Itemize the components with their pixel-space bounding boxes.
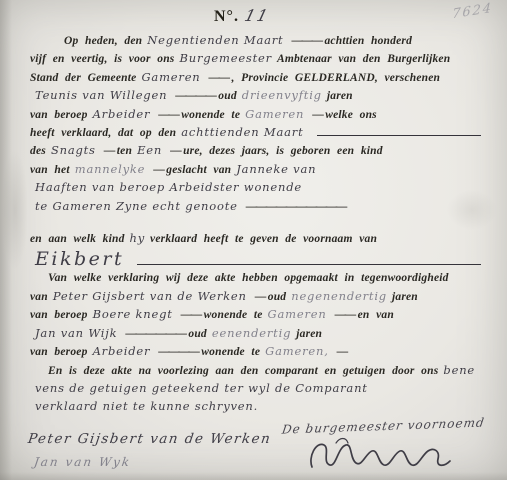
printed-text: — xyxy=(153,164,163,176)
declarant-name: Teunis van Willegen xyxy=(35,88,167,102)
printed-text: oud xyxy=(188,328,207,340)
mother-residence: te Gameren Zyne echt genoote xyxy=(35,199,238,213)
municipality: Gameren xyxy=(141,70,200,84)
printed-text: Van welke verklaring wij deze akte hebbe… xyxy=(48,272,449,284)
witness2-residence: Gameren, xyxy=(265,344,329,358)
declarant-age: drieenvyftig xyxy=(242,88,322,102)
act-line: en aan welk kindhyverklaard heeft te gev… xyxy=(30,230,483,248)
printed-text: van beroep xyxy=(30,309,88,321)
declarant-occupation: Arbeider xyxy=(93,107,151,121)
witness1-residence: Gameren xyxy=(268,307,327,321)
pencil-annotation: 7624 xyxy=(452,1,493,23)
mother-name-part1: Janneke van xyxy=(236,162,316,176)
printed-text: — xyxy=(170,145,180,157)
printed-text: Op heden, den xyxy=(64,35,142,47)
act-line: En is deze akte na voorlezing aan den co… xyxy=(30,362,483,380)
witness1-occupation: Boere knegt xyxy=(93,307,173,321)
paper-stain xyxy=(447,190,497,230)
declarant-residence: Gameren xyxy=(245,107,304,121)
act-number-label: N°. xyxy=(214,8,239,25)
act-line: van beroepArbeider————wonende teGameren,… xyxy=(30,343,483,361)
official-title: Burgemeester xyxy=(179,51,271,65)
witness2-name: Jan van Wijk xyxy=(35,326,117,340)
act-line: van beroepArbeider——wonende teGameren—we… xyxy=(30,106,483,124)
act-line: verklaard niet te kunne schryven. xyxy=(30,398,483,416)
printed-text: — xyxy=(104,145,114,157)
printed-text: heeft verklaard, dat op den xyxy=(30,125,176,142)
printed-text: achttien honderd xyxy=(324,35,412,47)
printed-text: oud xyxy=(218,90,237,102)
printed-text: jaren xyxy=(296,328,322,340)
signature-witness2: Jan van Wyk xyxy=(33,455,283,469)
act-line: te Gameren Zyne echt genoote—————————— xyxy=(30,198,483,216)
birth-certificate-scan: N°.11 7624 Op heden, denNegentienden Maa… xyxy=(0,0,507,480)
act-number-value: 11 xyxy=(243,6,272,25)
printed-text: jaren xyxy=(392,291,418,303)
witness1-name: Peter Gijsbert van de Werken xyxy=(53,289,247,303)
printed-text: vijf en veertig, is voor ons xyxy=(30,53,174,65)
printed-text: ——— xyxy=(291,35,321,47)
printed-text: —————————— xyxy=(246,201,346,213)
printed-text: van beroep xyxy=(30,109,88,121)
closing-handwritten: vens de getuigen geteekend ter wyl de Co… xyxy=(35,381,368,395)
child-gender: mannelyke xyxy=(75,162,146,176)
witness2-age: eenendertig xyxy=(212,326,291,340)
witness2-occupation: Arbeider xyxy=(93,344,151,358)
printed-text: wonende te xyxy=(204,309,263,321)
printed-text: jaren xyxy=(327,90,353,102)
printed-text: — xyxy=(337,346,347,358)
printed-text: wonende te xyxy=(201,346,260,358)
birth-date: achttienden Maart xyxy=(181,124,303,141)
printed-text: — xyxy=(255,291,265,303)
printed-text: — xyxy=(312,109,322,121)
witness1-age: negenendertig xyxy=(291,289,387,303)
signature-witness1: Peter Gijsbert van de Werken xyxy=(27,431,283,447)
printed-text: welke ons xyxy=(325,109,377,121)
act-line: van hetmannelyke—geslacht vanJanneke van xyxy=(30,161,483,179)
act-line: vens de getuigen geteekend ter wyl de Co… xyxy=(30,380,483,398)
mother-details: Haaften van beroep Arbeidster wonende xyxy=(35,180,302,194)
printed-text: wonende te xyxy=(181,109,240,121)
act-line: desSnagts—tenEen—ure, dezes jaars, is ge… xyxy=(30,142,483,160)
act-line: Eikbert xyxy=(30,248,483,270)
birth-hour: Een xyxy=(137,143,162,157)
printed-text: —— xyxy=(209,72,229,84)
printed-text: ure, dezes jaars, is geboren een kind xyxy=(183,145,383,157)
filled-rule-line xyxy=(137,263,481,265)
printed-text: van beroep xyxy=(30,346,88,358)
printed-text: Stand der Gemeente xyxy=(30,72,136,84)
printed-text: Ambtenaar van den Burgerlijken xyxy=(277,53,450,65)
closing-handwritten: bene xyxy=(443,363,475,377)
act-header: N°.11 7624 xyxy=(0,4,507,30)
printed-text: van xyxy=(30,291,48,303)
closing-handwritten: verklaard niet te kunne schryven. xyxy=(35,399,258,413)
act-line: Stand der GemeenteGameren——, Provincie G… xyxy=(30,69,483,87)
child-name: Eikbert xyxy=(35,248,124,270)
signature-block: Peter Gijsbert van de Werken Jan van Wyk… xyxy=(0,417,507,479)
printed-text: des xyxy=(30,145,46,157)
printed-text: ———— xyxy=(158,346,198,358)
printed-text: —— xyxy=(335,309,355,321)
printed-text: —— xyxy=(181,309,201,321)
pronoun: hy xyxy=(130,231,146,245)
act-number: N°.11 xyxy=(214,6,269,26)
paper-stain xyxy=(2,150,28,270)
act-body: Op heden, denNegentienden Maart———achtti… xyxy=(0,30,507,417)
printed-text: ———— xyxy=(175,90,215,102)
act-date: Negentienden Maart xyxy=(147,33,283,47)
act-line: heeft verklaard, dat op denachttienden M… xyxy=(30,124,483,142)
printed-text: oud xyxy=(268,291,287,303)
printed-text: En is deze akte na voorlezing aan den co… xyxy=(48,365,438,377)
printed-text: , Provincie GELDERLAND, verschenen xyxy=(232,72,441,84)
printed-text: en aan welk kind xyxy=(30,233,125,245)
printed-text: —— xyxy=(158,109,178,121)
witness-signatures: Peter Gijsbert van de Werken Jan van Wyk xyxy=(28,419,282,479)
burgemeester-signature-area: De burgemeester voornoemd xyxy=(282,419,489,479)
act-line: Haaften van beroep Arbeidster wonende xyxy=(30,179,483,197)
act-line: Jan van Wijk——————oudeenendertigjaren xyxy=(30,325,483,343)
act-line: Van welke verklaring wij deze akte hebbe… xyxy=(30,270,483,287)
printed-text: —————— xyxy=(125,328,185,340)
scan-edge-bottom xyxy=(0,472,507,480)
act-line: Teunis van Willegen————ouddrieenvyftigja… xyxy=(30,87,483,105)
printed-text: en van xyxy=(358,309,394,321)
act-line: Op heden, denNegentienden Maart———achtti… xyxy=(30,32,483,50)
act-line: van beroepBoere knegt——wonende teGameren… xyxy=(30,306,483,324)
filled-rule-line xyxy=(317,134,482,136)
printed-text: van het xyxy=(30,164,70,176)
act-line: vanPeter Gijsbert van de Werken—oudnegen… xyxy=(30,288,483,306)
act-line: vijf en veertig, is voor onsBurgemeester… xyxy=(30,50,483,68)
printed-text: ten xyxy=(117,145,132,157)
printed-text: geslacht van xyxy=(166,164,231,176)
birth-time-period: Snagts xyxy=(51,143,96,157)
printed-text: verklaard heeft te geven de voornaam van xyxy=(150,233,377,245)
